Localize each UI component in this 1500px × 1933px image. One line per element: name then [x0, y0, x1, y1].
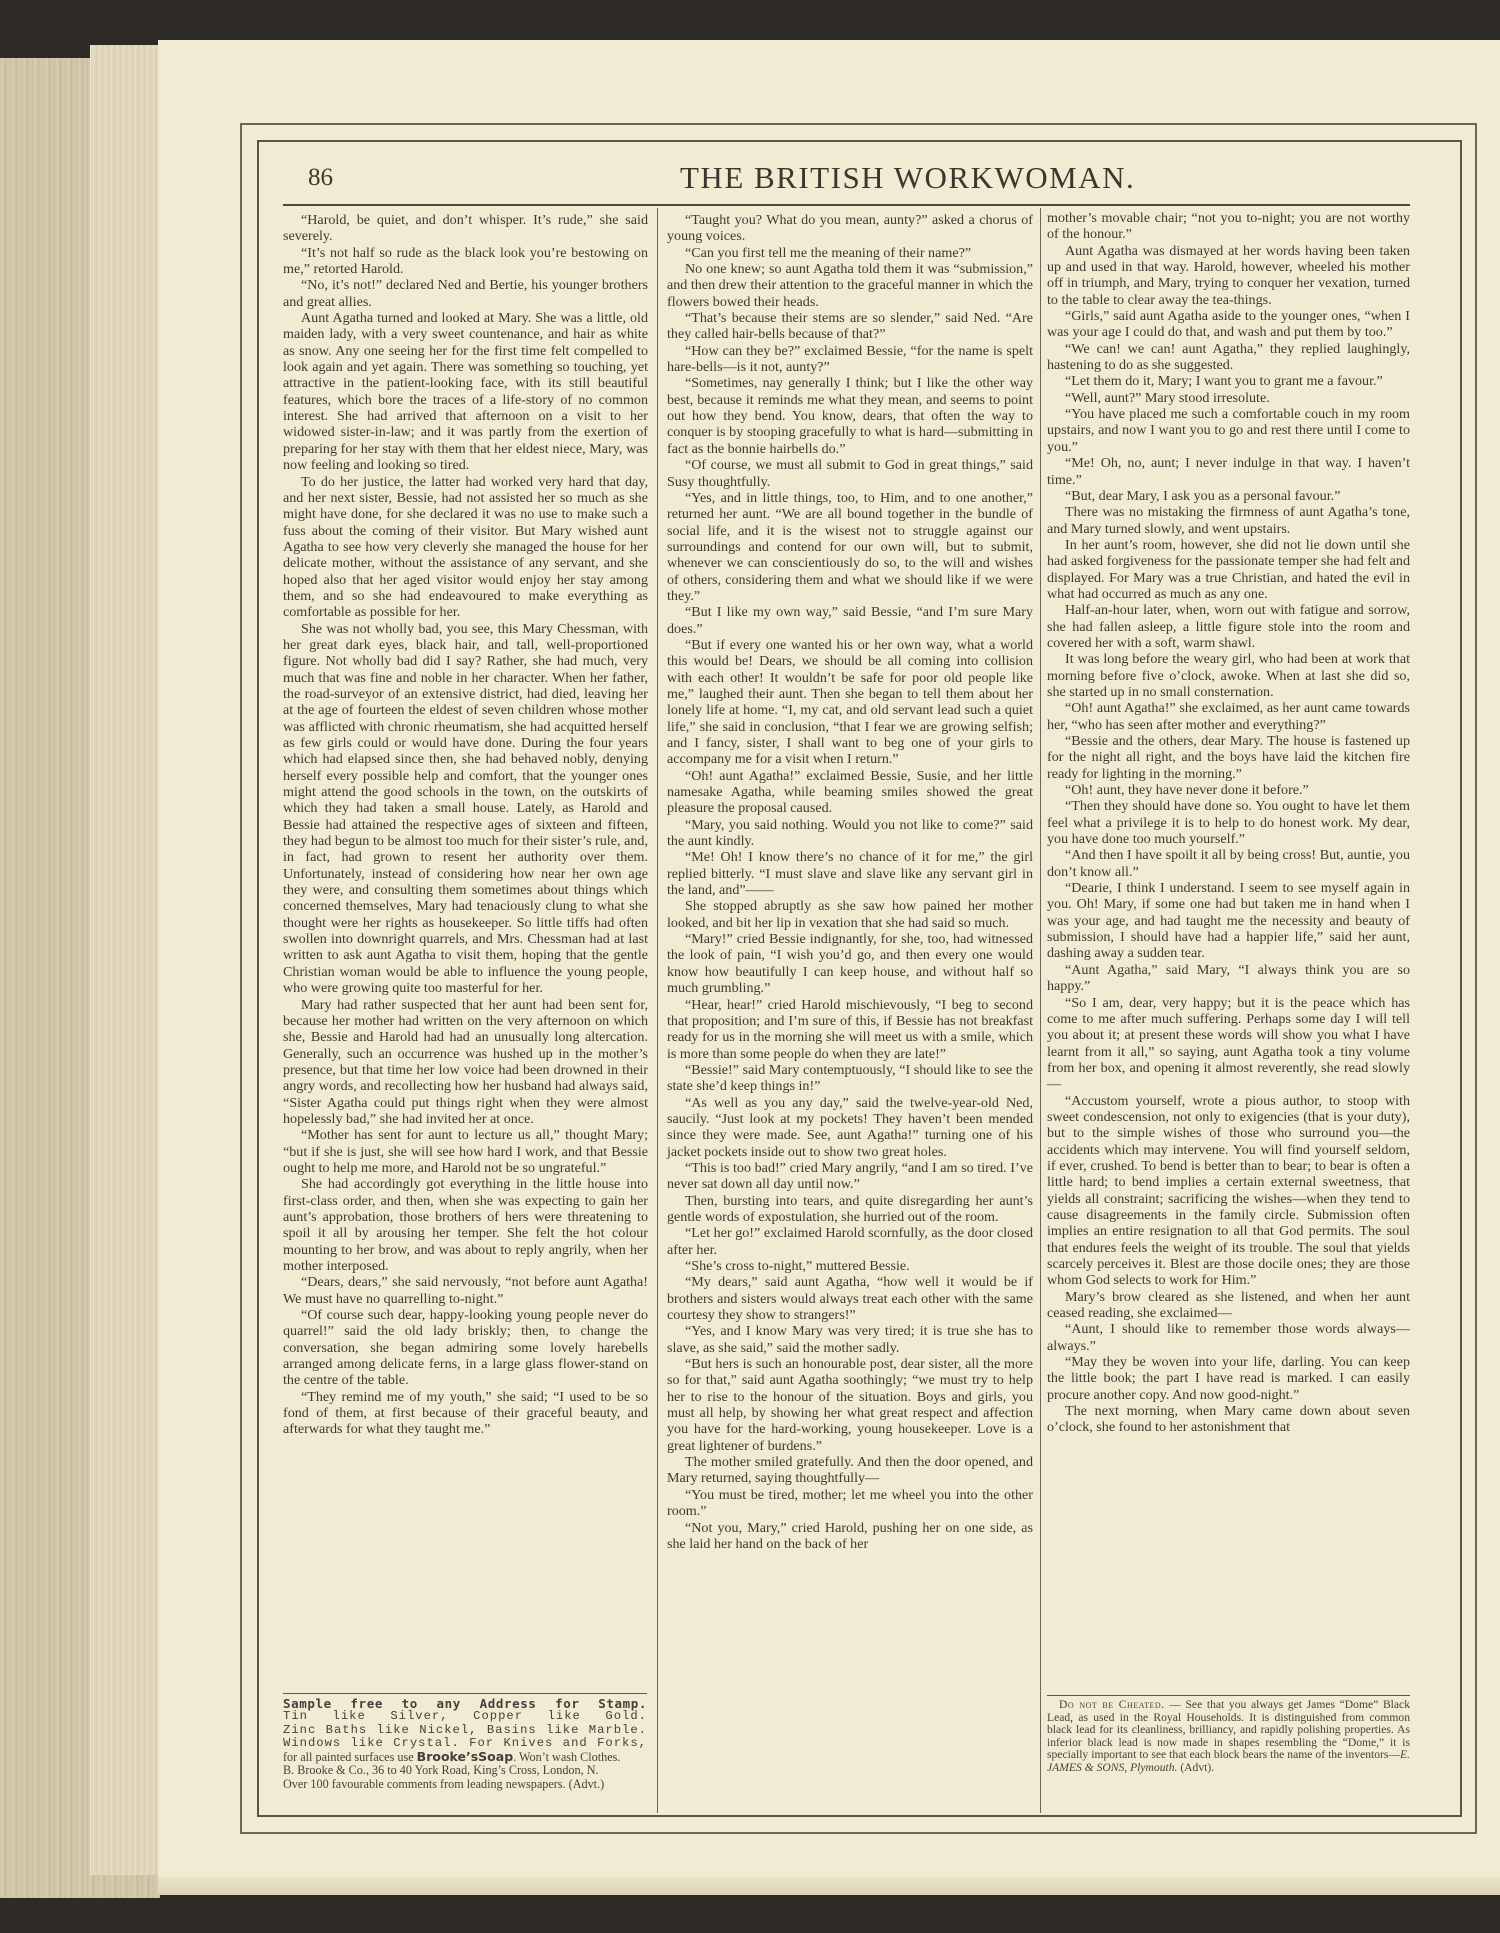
ad-lead: Do not be Cheated.: [1059, 1698, 1165, 1711]
masthead-title: THE BRITISH WORKWOMAN.: [680, 160, 1135, 196]
paragraph: She was not wholly bad, you see, this Ma…: [283, 621, 648, 997]
paragraph: “Aunt Agatha,” said Mary, “I always thin…: [1047, 962, 1410, 995]
paragraph: “Dears, dears,” she said nervously, “not…: [283, 1274, 648, 1307]
ad-line: Zinc Baths like Nickel, Basins like Marb…: [283, 1724, 647, 1737]
ad-brand-name: Brooke’sSoap: [417, 1749, 513, 1764]
paragraph: “Oh! aunt, they have never done it befor…: [1047, 782, 1410, 798]
paragraph: “But if every one wanted his or her own …: [667, 637, 1033, 768]
paragraph: “Sometimes, nay generally I think; but I…: [667, 375, 1033, 457]
column-divider: [657, 208, 658, 1813]
paragraph: “But hers is such an honourable post, de…: [667, 1356, 1033, 1454]
paragraph: “That’s because their stems are so slend…: [667, 310, 1033, 343]
column-left: “Harold, be quiet, and don’t whisper. It…: [283, 212, 648, 1438]
paragraph: “Bessie!” said Mary contemptuously, “I s…: [667, 1062, 1033, 1095]
paragraph: “Hear, hear!” cried Harold mischievously…: [667, 997, 1033, 1062]
book-page-edges-step: [90, 45, 161, 1875]
quoted-passage: “Accustom yourself, wrote a pious author…: [1047, 1093, 1410, 1289]
paragraph: “No, it’s not!” declared Ned and Bertie,…: [283, 277, 648, 310]
paragraph: Aunt Agatha was dismayed at her words ha…: [1047, 243, 1410, 308]
paragraph: “Me! Oh! I know there’s no chance of it …: [667, 849, 1033, 898]
paragraph: “They remind me of my youth,” she said; …: [283, 1389, 648, 1438]
paragraph: “Yes, and in little things, too, to Him,…: [667, 490, 1033, 604]
paragraph: “And then I have spoilt it all by being …: [1047, 847, 1410, 880]
paragraph: The next morning, when Mary came down ab…: [1047, 1403, 1410, 1436]
paragraph: Mary’s brow cleared as she listened, and…: [1047, 1289, 1410, 1322]
ad-address: B. Brooke & Co., 36 to 40 York Road, Kin…: [283, 1764, 647, 1777]
paragraph: “Yes, and I know Mary was very tired; it…: [667, 1323, 1033, 1356]
paragraph: “Let them do it, Mary; I want you to gra…: [1047, 373, 1410, 389]
ad-footer: Over 100 favourable comments from leadin…: [283, 1778, 647, 1791]
paragraph: “Mary, you said nothing. Would you not l…: [667, 817, 1033, 850]
ad-line: for all painted surfaces use Brooke’sSoa…: [283, 1750, 647, 1764]
paragraph: “As well as you any day,” said the twelv…: [667, 1095, 1033, 1160]
paragraph: “Oh! aunt Agatha!” she exclaimed, as her…: [1047, 700, 1410, 733]
paragraph: “So I am, dear, very happy; but it is th…: [1047, 995, 1410, 1093]
paragraph: Then, bursting into tears, and quite dis…: [667, 1193, 1033, 1226]
paragraph: No one knew; so aunt Agatha told them it…: [667, 261, 1033, 310]
paragraph: “This is too bad!” cried Mary angrily, “…: [667, 1160, 1033, 1193]
paragraph: “Mother has sent for aunt to lecture us …: [283, 1127, 648, 1176]
paragraph: “Bessie and the others, dear Mary. The h…: [1047, 733, 1410, 782]
paragraph: “Then they should have done so. You ough…: [1047, 798, 1410, 847]
column-right: mother’s movable chair; “not you to-nigh…: [1047, 210, 1410, 1436]
ad-line: Tin like Silver, Copper like Gold.: [283, 1710, 647, 1723]
paragraph: There was no mistaking the firmness of a…: [1047, 504, 1410, 537]
paragraph: In her aunt’s room, however, she did not…: [1047, 537, 1410, 602]
paragraph: “Not you, Mary,” cried Harold, pushing h…: [667, 1520, 1033, 1553]
paragraph: “We can! we can! aunt Agatha,” they repl…: [1047, 341, 1410, 374]
paragraph: “Me! Oh, no, aunt; I never indulge in th…: [1047, 455, 1410, 488]
paragraph: mother’s movable chair; “not you to-nigh…: [1047, 210, 1410, 243]
paragraph: She had accordingly got everything in th…: [283, 1176, 648, 1274]
paragraph: She stopped abruptly as she saw how pain…: [667, 898, 1033, 931]
paragraph: “She’s cross to-night,” muttered Bessie.: [667, 1258, 1033, 1274]
paragraph: “Dearie, I think I understand. I seem to…: [1047, 880, 1410, 962]
advertisement-brookes-soap: Sample free to any Address for Stamp. Ti…: [283, 1693, 647, 1791]
paragraph: “Can you first tell me the meaning of th…: [667, 245, 1033, 261]
paragraph: “But, dear Mary, I ask you as a personal…: [1047, 488, 1410, 504]
paragraph: “You must be tired, mother; let me wheel…: [667, 1487, 1033, 1520]
paragraph: “Of course such dear, happy-looking youn…: [283, 1307, 648, 1389]
paragraph: “Of course, we must all submit to God in…: [667, 457, 1033, 490]
paragraph: “Oh! aunt Agatha!” exclaimed Bessie, Sus…: [667, 768, 1033, 817]
paragraph: “Harold, be quiet, and don’t whisper. It…: [283, 212, 648, 245]
paragraph: “Let her go!” exclaimed Harold scornfull…: [667, 1225, 1033, 1258]
paragraph: To do her justice, the latter had worked…: [283, 474, 648, 621]
paragraph: “How can they be?” exclaimed Bessie, “fo…: [667, 343, 1033, 376]
paragraph: “It’s not half so rude as the black look…: [283, 245, 648, 278]
ad-headline: Sample free to any Address for Stamp.: [283, 1697, 647, 1710]
paragraph: Aunt Agatha turned and looked at Mary. S…: [283, 310, 648, 473]
paragraph: Half-an-hour later, when, worn out with …: [1047, 602, 1410, 651]
paragraph: It was long before the weary girl, who h…: [1047, 651, 1410, 700]
paragraph: “But I like my own way,” said Bessie, “a…: [667, 604, 1033, 637]
column-middle: “Taught you? What do you mean, aunty?” a…: [667, 212, 1033, 1552]
paragraph: The mother smiled gratefully. And then t…: [667, 1454, 1033, 1487]
paragraph: “Well, aunt?” Mary stood irresolute.: [1047, 390, 1410, 406]
paragraph: “My dears,” said aunt Agatha, “how well …: [667, 1274, 1033, 1323]
ad-line: Windows like Crystal. For Knives and For…: [283, 1737, 647, 1750]
paragraph: “Taught you? What do you mean, aunty?” a…: [667, 212, 1033, 245]
advertisement-dome-black-lead: Do not be Cheated. — See that you always…: [1047, 1695, 1410, 1774]
column-divider: [1040, 208, 1041, 1813]
running-head: 86 THE BRITISH WORKWOMAN.: [283, 158, 1410, 206]
page-number: 86: [308, 164, 333, 192]
paragraph: “Mary!” cried Bessie indignantly, for sh…: [667, 931, 1033, 996]
ad-body: Do not be Cheated. — See that you always…: [1047, 1699, 1410, 1774]
paragraph: “Girls,” said aunt Agatha aside to the y…: [1047, 308, 1410, 341]
paragraph: “You have placed me such a comfortable c…: [1047, 406, 1410, 455]
paragraph: “Aunt, I should like to remember those w…: [1047, 1321, 1410, 1354]
paragraph: Mary had rather suspected that her aunt …: [283, 997, 648, 1128]
paragraph: “May they be woven into your life, darli…: [1047, 1354, 1410, 1403]
